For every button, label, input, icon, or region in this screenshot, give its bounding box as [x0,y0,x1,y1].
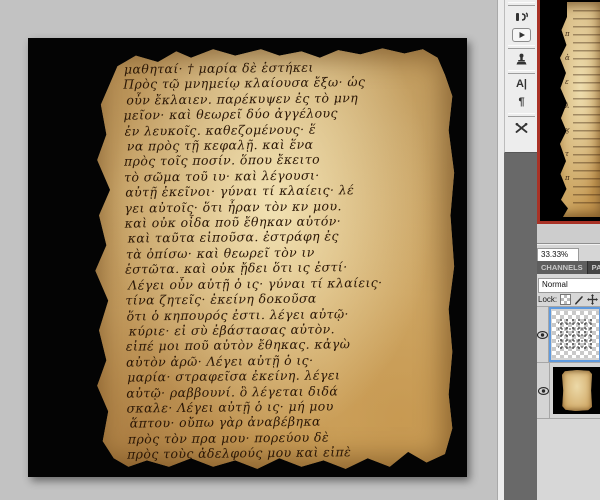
layer-row-text[interactable] [537,307,600,363]
text-layer-speckles [558,318,593,351]
layers-list [537,306,600,419]
document-window-chrome [537,226,600,244]
tool-presets-panel-icon[interactable] [510,119,534,136]
layer-visibility-toggle[interactable] [537,363,550,418]
actions-panel-icon[interactable] [510,26,534,43]
tab-paths[interactable]: PATHS [588,261,600,274]
parchment-page: μαθηταί· † μαρία δὲ ἑστήκειΠρὸς τῷ μνημε… [88,45,456,471]
tab-channels[interactable]: CHANNELS [537,261,588,274]
clone-source-panel-icon[interactable] [510,51,534,68]
secondary-document-canvas[interactable]: π ἀ ε λ ϗ τ π [537,0,600,224]
manuscript-margin-glyphs: π ἀ ε λ ϗ τ π [565,22,570,190]
blend-mode-select[interactable]: Normal [538,278,600,293]
manuscript-text-small [573,10,600,210]
dock-divider [508,70,535,74]
layer-thumbnail-parchment[interactable] [553,367,600,414]
layers-panel: Normal Lock: [537,274,600,500]
layer-row-parchment[interactable] [537,363,600,419]
panel-tab-bar: CHANNELS PATHS [537,261,600,274]
photoshop-workspace: { "app": { "zoom_level": "33.33%" }, "ca… [0,0,600,500]
character-panel-icon[interactable]: A| [510,76,534,93]
paragraph-panel-glyph: ¶ [518,97,524,108]
lock-pixels-brush-icon[interactable] [574,295,584,305]
status-bar: 33.33% [537,244,600,262]
mini-parchment [561,370,593,411]
dock-divider [508,113,535,117]
eye-icon [537,331,548,339]
character-panel-glyph: A| [516,79,527,90]
document-canvas[interactable]: μαθηταί· † μαρία δὲ ἑστήκειΠρὸς τῷ μνημε… [28,38,467,477]
history-panel-icon[interactable] [510,8,534,25]
zoom-level-field[interactable]: 33.33% [537,248,579,262]
layer-thumbnail-text[interactable] [552,311,599,358]
dock-divider [508,2,535,6]
right-column: π ἀ ε λ ϗ τ π 33.33% CHANNELS PATHS Norm… [537,0,600,500]
layer-row-content[interactable] [549,307,600,362]
panel-dock: A| ¶ [504,0,537,500]
lock-label: Lock: [538,295,557,304]
paragraph-panel-icon[interactable]: ¶ [510,94,534,111]
pasteboard: μαθηταί· † μαρία δὲ ἑστήκειΠρὸς τῷ μνημε… [0,0,497,500]
lock-position-move-icon[interactable] [587,294,598,305]
dock-divider [508,45,535,49]
layer-row-content[interactable] [550,363,600,418]
manuscript-text: μαθηταί· † μαρία δὲ ἑστήκειΠρὸς τῷ μνημε… [123,58,429,462]
layer-visibility-toggle[interactable] [537,307,549,362]
parchment-page-small: π ἀ ε λ ϗ τ π [553,2,600,217]
lock-transparency-icon[interactable] [560,294,571,305]
panel-dock-icons: A| ¶ [504,0,538,153]
lock-controls: Lock: [538,293,600,306]
secondary-document-window: π ἀ ε λ ϗ τ π [537,0,600,226]
eye-icon [538,387,549,395]
